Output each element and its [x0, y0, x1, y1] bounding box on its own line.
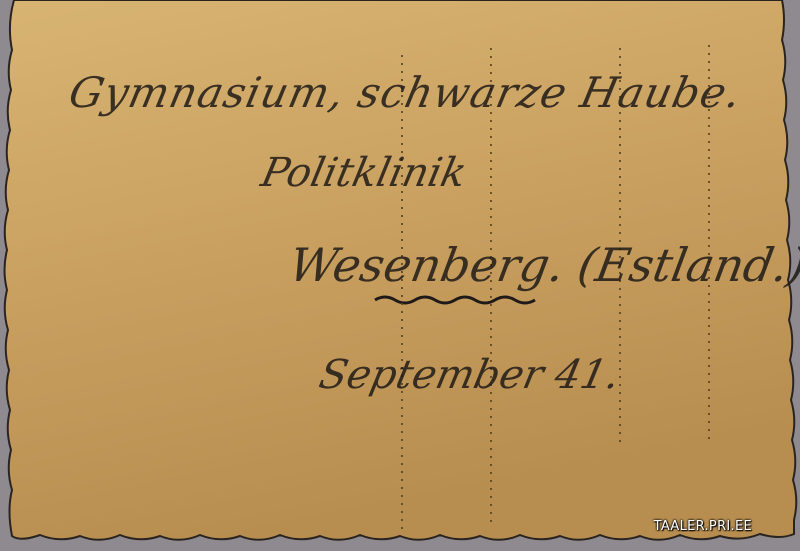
- postcard: Gymnasium, schwarze Haube. Politklinik W…: [0, 0, 800, 551]
- handwriting-line-1: Gymnasium, schwarze Haube.: [65, 68, 747, 117]
- handwriting-line-4: September 41.: [315, 352, 624, 398]
- watermark: TAALER.PRI.EE: [654, 519, 752, 534]
- handwriting-line-3: Wesenberg. (Estland.): [285, 238, 800, 292]
- handwriting-line-2: Politklinik: [257, 150, 470, 196]
